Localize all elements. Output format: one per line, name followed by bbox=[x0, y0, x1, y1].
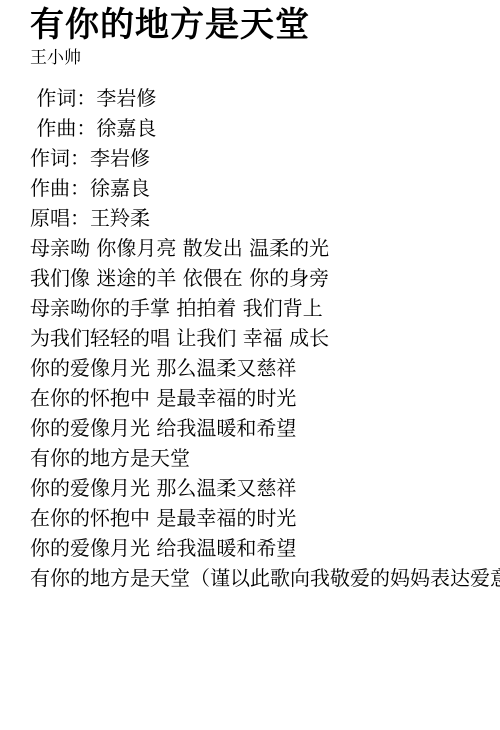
lyric-line: 在你的怀抱中 是最幸福的时光 bbox=[30, 383, 500, 413]
artist-name: 王小帅 bbox=[30, 47, 500, 69]
credit-line: 原唱：王羚柔 bbox=[30, 203, 500, 233]
credit-line: 作词：李岩修 bbox=[30, 83, 500, 113]
song-title: 有你的地方是天堂 bbox=[30, 6, 500, 44]
credit-line: 作曲：徐嘉良 bbox=[30, 173, 500, 203]
credit-line: 作曲：徐嘉良 bbox=[30, 113, 500, 143]
lyric-line: 母亲呦你的手掌 拍拍着 我们背上 bbox=[30, 293, 500, 323]
credit-line: 作词：李岩修 bbox=[30, 143, 500, 173]
lyric-line: 在你的怀抱中 是最幸福的时光 bbox=[30, 503, 500, 533]
lyrics-page: { "colors": { "text": "#000000", "backgr… bbox=[0, 0, 500, 730]
page-content: 有你的地方是天堂 王小帅 作词：李岩修 作曲：徐嘉良 作词：李岩修 作曲：徐嘉良… bbox=[0, 0, 500, 730]
credits-block: 作词：李岩修 作曲：徐嘉良 作词：李岩修 作曲：徐嘉良 原唱：王羚柔 bbox=[30, 83, 500, 233]
lyric-line: 为我们轻轻的唱 让我们 幸福 成长 bbox=[30, 323, 500, 353]
lyrics-block: 母亲呦 你像月亮 散发出 温柔的光 我们像 迷途的羊 依偎在 你的身旁 母亲呦你… bbox=[30, 233, 500, 593]
lyric-line: 你的爱像月光 给我温暖和希望 bbox=[30, 413, 500, 443]
lyric-line: 你的爱像月光 给我温暖和希望 bbox=[30, 533, 500, 563]
lyric-line: 你的爱像月光 那么温柔又慈祥 bbox=[30, 473, 500, 503]
lyric-line: 你的爱像月光 那么温柔又慈祥 bbox=[30, 353, 500, 383]
lyric-line: 我们像 迷途的羊 依偎在 你的身旁 bbox=[30, 263, 500, 293]
lyric-line: 母亲呦 你像月亮 散发出 温柔的光 bbox=[30, 233, 500, 263]
lyric-line: 有你的地方是天堂 bbox=[30, 443, 500, 473]
lyric-line: 有你的地方是天堂（谨以此歌向我敬爱的妈妈表达爱意 bbox=[30, 563, 500, 593]
